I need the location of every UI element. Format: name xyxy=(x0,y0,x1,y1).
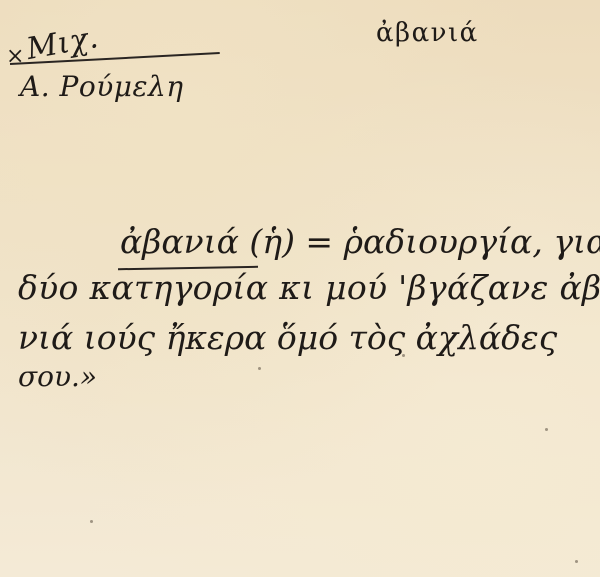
entry-line-4: σου.» xyxy=(18,360,97,393)
paper-speck xyxy=(545,428,548,431)
place-name: Α. Ρούμελη xyxy=(20,70,183,103)
paper-speck xyxy=(90,520,93,523)
x-mark: × xyxy=(6,44,25,69)
lexicon-slip: × Μιχ. Α. Ρούμελη ἀβανιά ἀβανιά (ἡ) = ῥα… xyxy=(0,0,600,577)
entry-line-3: νιά ιούς ἤκερα ὅμό τὸς ἀχλάδες xyxy=(18,318,557,357)
paper-speck xyxy=(402,354,405,357)
entry-line-2: δύο κατηγορία κι μού 'βγάζανε ἀβα- xyxy=(18,268,600,307)
paper-speck xyxy=(258,367,261,370)
paper-speck xyxy=(575,560,578,563)
entry-line-1: ἀβανιά (ἡ) = ῥαδιουργία, για xyxy=(120,222,600,261)
headword-label: ἀβανιά xyxy=(376,18,479,48)
